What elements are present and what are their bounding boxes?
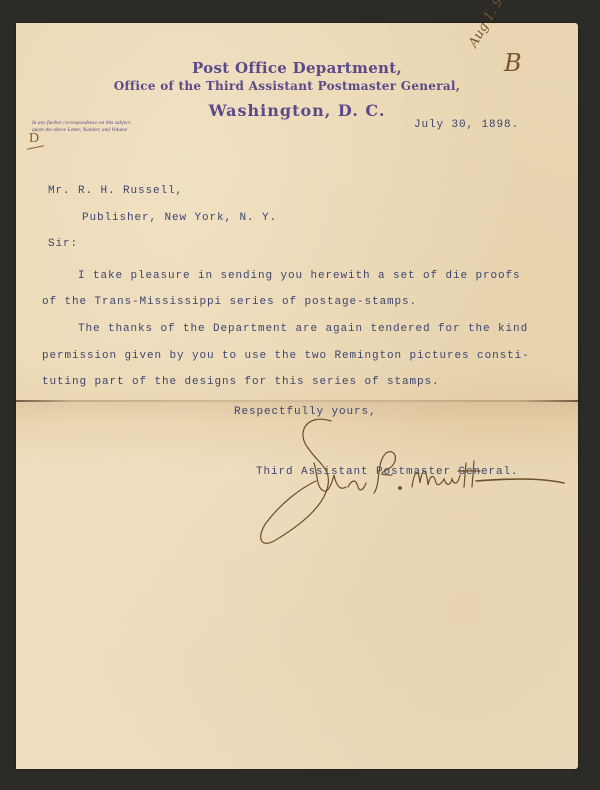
salutation: Sir: [48,238,78,250]
letterhead-office: Office of the Third Assistant Postmaster… [6,79,568,93]
recipient-address: Publisher, New York, N. Y. [82,212,277,224]
body-line: tuting part of the designs for this seri… [42,376,440,388]
letter-date: July 30, 1898. [414,119,519,131]
letter-page: Post Office Department, Office of the Th… [16,23,578,769]
pencil-letter-annotation: B [504,49,522,77]
body-line: I take pleasure in sending you herewith … [78,270,521,282]
body-line: of the Trans-Mississippi series of posta… [42,296,417,308]
recipient-name: Mr. R. H. Russell, [48,185,183,197]
handwritten-mark: D [29,131,39,147]
letterhead-department: Post Office Department, [16,59,578,77]
correspondence-note: In any further correspondence on this su… [32,120,142,134]
body-line: The thanks of the Department are again t… [78,323,528,335]
signature-icon [236,413,566,553]
pencil-date-annotation: Aug 1. 98 [466,0,511,50]
body-line: permission given by you to use the two R… [42,350,530,362]
letterhead-city: Washington, D. C. [16,101,578,120]
